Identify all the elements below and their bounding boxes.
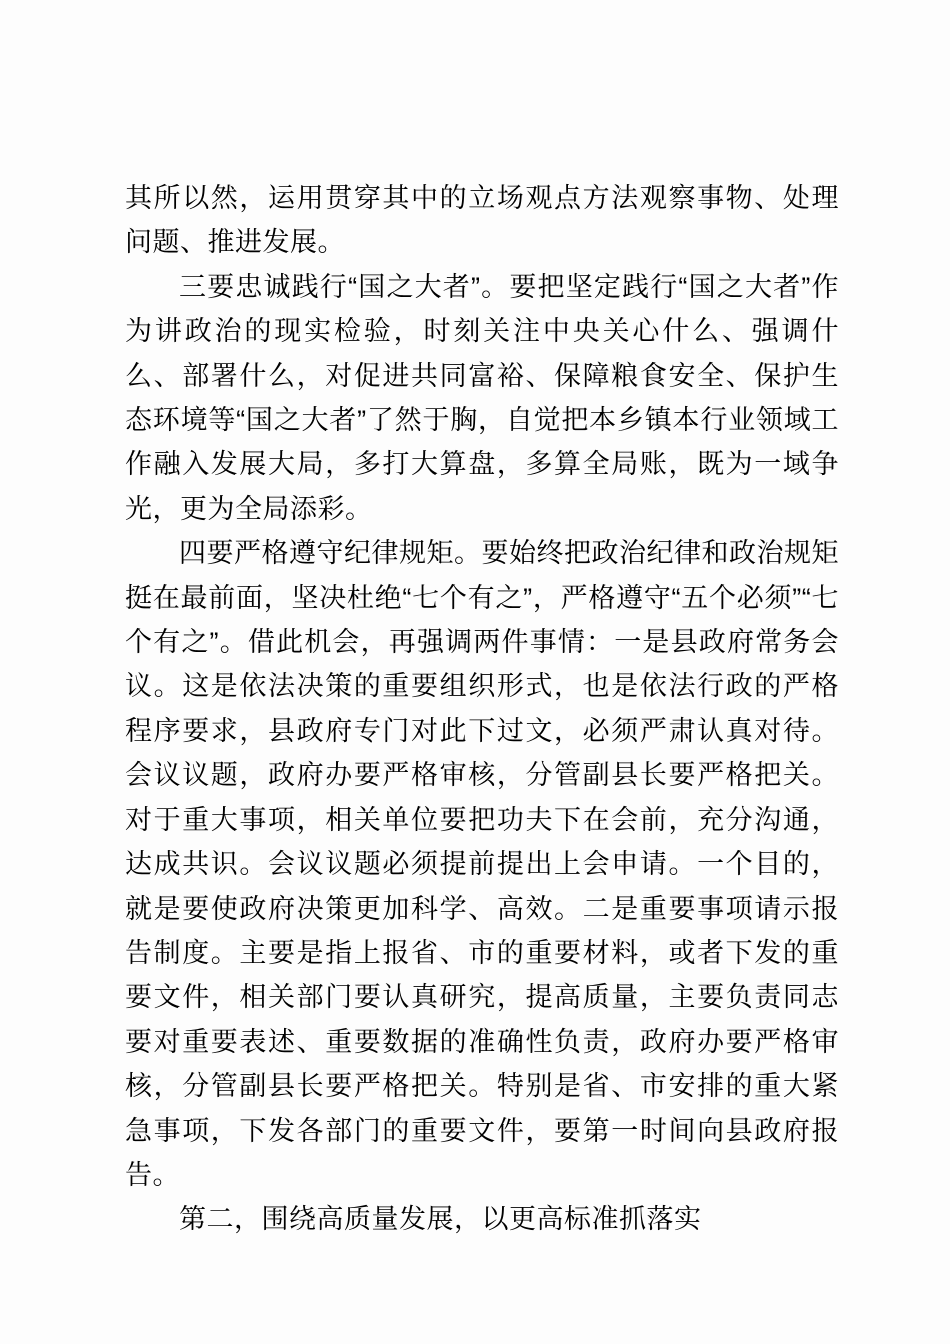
paragraph-continuation: 其所以然，运用贯穿其中的立场观点方法观察事物、处理问题、推进发展。 xyxy=(125,176,839,265)
paragraph-section-two-heading: 第二，围绕高质量发展，以更高标准抓落实 xyxy=(125,1197,839,1241)
paragraph-point-three: 三要忠诚践行“国之大者”。要把坚定践行“国之大者”作为讲政治的现实检验，时刻关注… xyxy=(125,265,839,531)
paragraph-point-four: 四要严格遵守纪律规矩。要始终把政治纪律和政治规矩挺在最前面，坚决杜绝“七个有之”… xyxy=(125,531,839,1197)
document-page: 其所以然，运用贯穿其中的立场观点方法观察事物、处理问题、推进发展。 三要忠诚践行… xyxy=(0,0,950,1344)
document-body: 其所以然，运用贯穿其中的立场观点方法观察事物、处理问题、推进发展。 三要忠诚践行… xyxy=(125,176,839,1242)
